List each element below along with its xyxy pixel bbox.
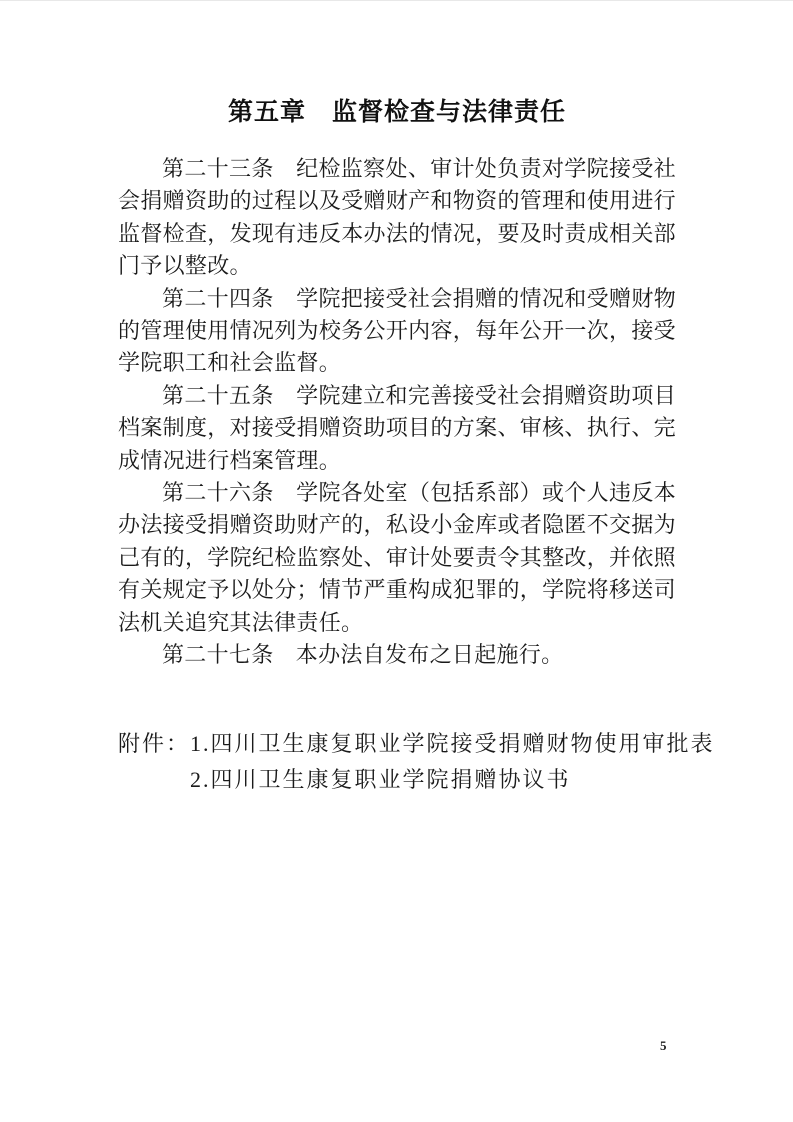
article-paragraph-24: 第二十四条 学院把接受社会捐赠的情况和受赠财物的管理使用情况列为校务公开内容，每…	[118, 283, 676, 380]
article-paragraph-27: 第二十七条 本办法自发布之日起施行。	[118, 639, 676, 671]
attachments-list: 1.四川卫生康复职业学院接受捐赠财物使用审批表 2.四川卫生康复职业学院捐赠协议…	[190, 726, 715, 798]
article-paragraph-26: 第二十六条 学院各处室（包括系部）或个人违反本办法接受捐赠资助财产的，私设小金库…	[118, 477, 676, 639]
article-paragraph-25: 第二十五条 学院建立和完善接受社会捐赠资助项目档案制度，对接受捐赠资助项目的方案…	[118, 380, 676, 477]
article-paragraph-23: 第二十三条 纪检监察处、审计处负责对学院接受社会捐赠资助的过程以及受赠财产和物资…	[118, 153, 676, 283]
document-page: 第五章 监督检查与法律责任 第二十三条 纪检监察处、审计处负责对学院接受社会捐赠…	[0, 0, 793, 1122]
attachments-label: 附件：	[118, 726, 190, 762]
attachment-item-1: 1.四川卫生康复职业学院接受捐赠财物使用审批表	[190, 726, 715, 762]
page-content: 第五章 监督检查与法律责任 第二十三条 纪检监察处、审计处负责对学院接受社会捐赠…	[118, 97, 676, 798]
attachments-block: 附件： 1.四川卫生康复职业学院接受捐赠财物使用审批表 2.四川卫生康复职业学院…	[118, 726, 676, 798]
page-number: 5	[660, 1038, 667, 1054]
chapter-title: 第五章 监督检查与法律责任	[118, 97, 676, 127]
attachment-item-2: 2.四川卫生康复职业学院捐赠协议书	[190, 762, 715, 798]
